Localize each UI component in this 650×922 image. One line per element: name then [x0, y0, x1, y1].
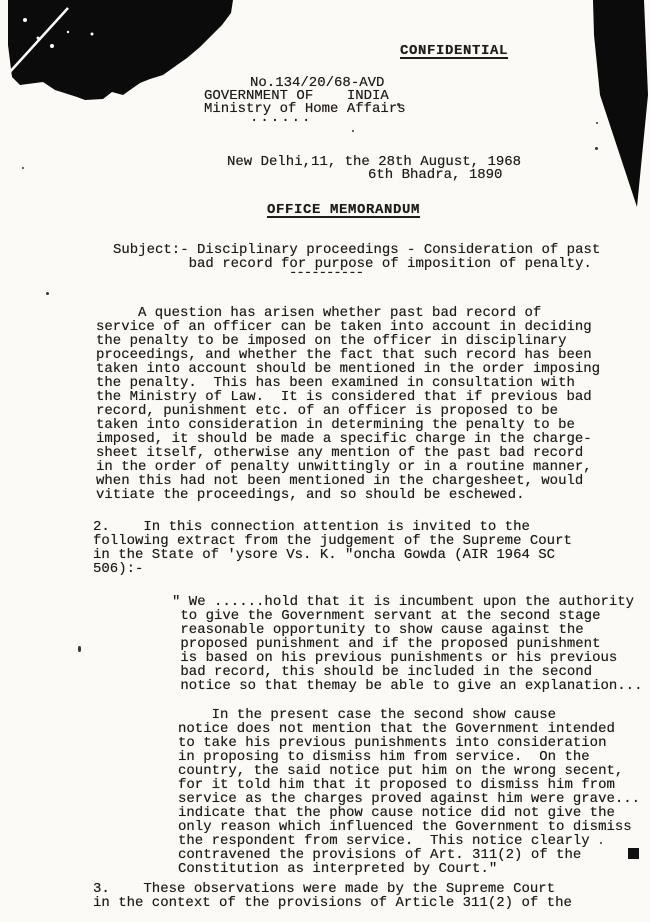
scratch-line — [8, 8, 68, 74]
scan-artifact-square — [628, 848, 639, 859]
supreme-court-quote-1: " We ......hold that it is incumbent upo… — [172, 595, 642, 693]
classification-stamp: CONFIDENTIAL — [400, 44, 508, 58]
scanned-memo-page: CONFIDENTIAL No.134/20/68-AVD GOVERNMENT… — [0, 0, 650, 922]
scan-speck — [46, 292, 49, 295]
scan-speck — [352, 130, 354, 132]
scan-speck — [600, 842, 602, 844]
scan-speck — [78, 646, 81, 652]
scan-speck — [22, 167, 24, 169]
saka-date: 6th Bhadra, 1890 — [368, 168, 502, 182]
memo-title: OFFICE MEMORANDUM — [267, 203, 420, 217]
scan-speck — [397, 103, 400, 106]
scan-speck — [596, 122, 598, 124]
scan-speck — [595, 147, 598, 150]
paragraph-1: A question has arisen whether past bad r… — [96, 306, 600, 502]
separator-dots: ...... — [250, 111, 312, 125]
paragraph-2: 2. In this connection attention is invit… — [93, 520, 572, 576]
paragraph-3: 3. These observations were made by the S… — [93, 882, 572, 910]
supreme-court-quote-2: In the present case the second show caus… — [178, 708, 640, 876]
subject-underline-dashes: ---------- — [289, 266, 363, 280]
